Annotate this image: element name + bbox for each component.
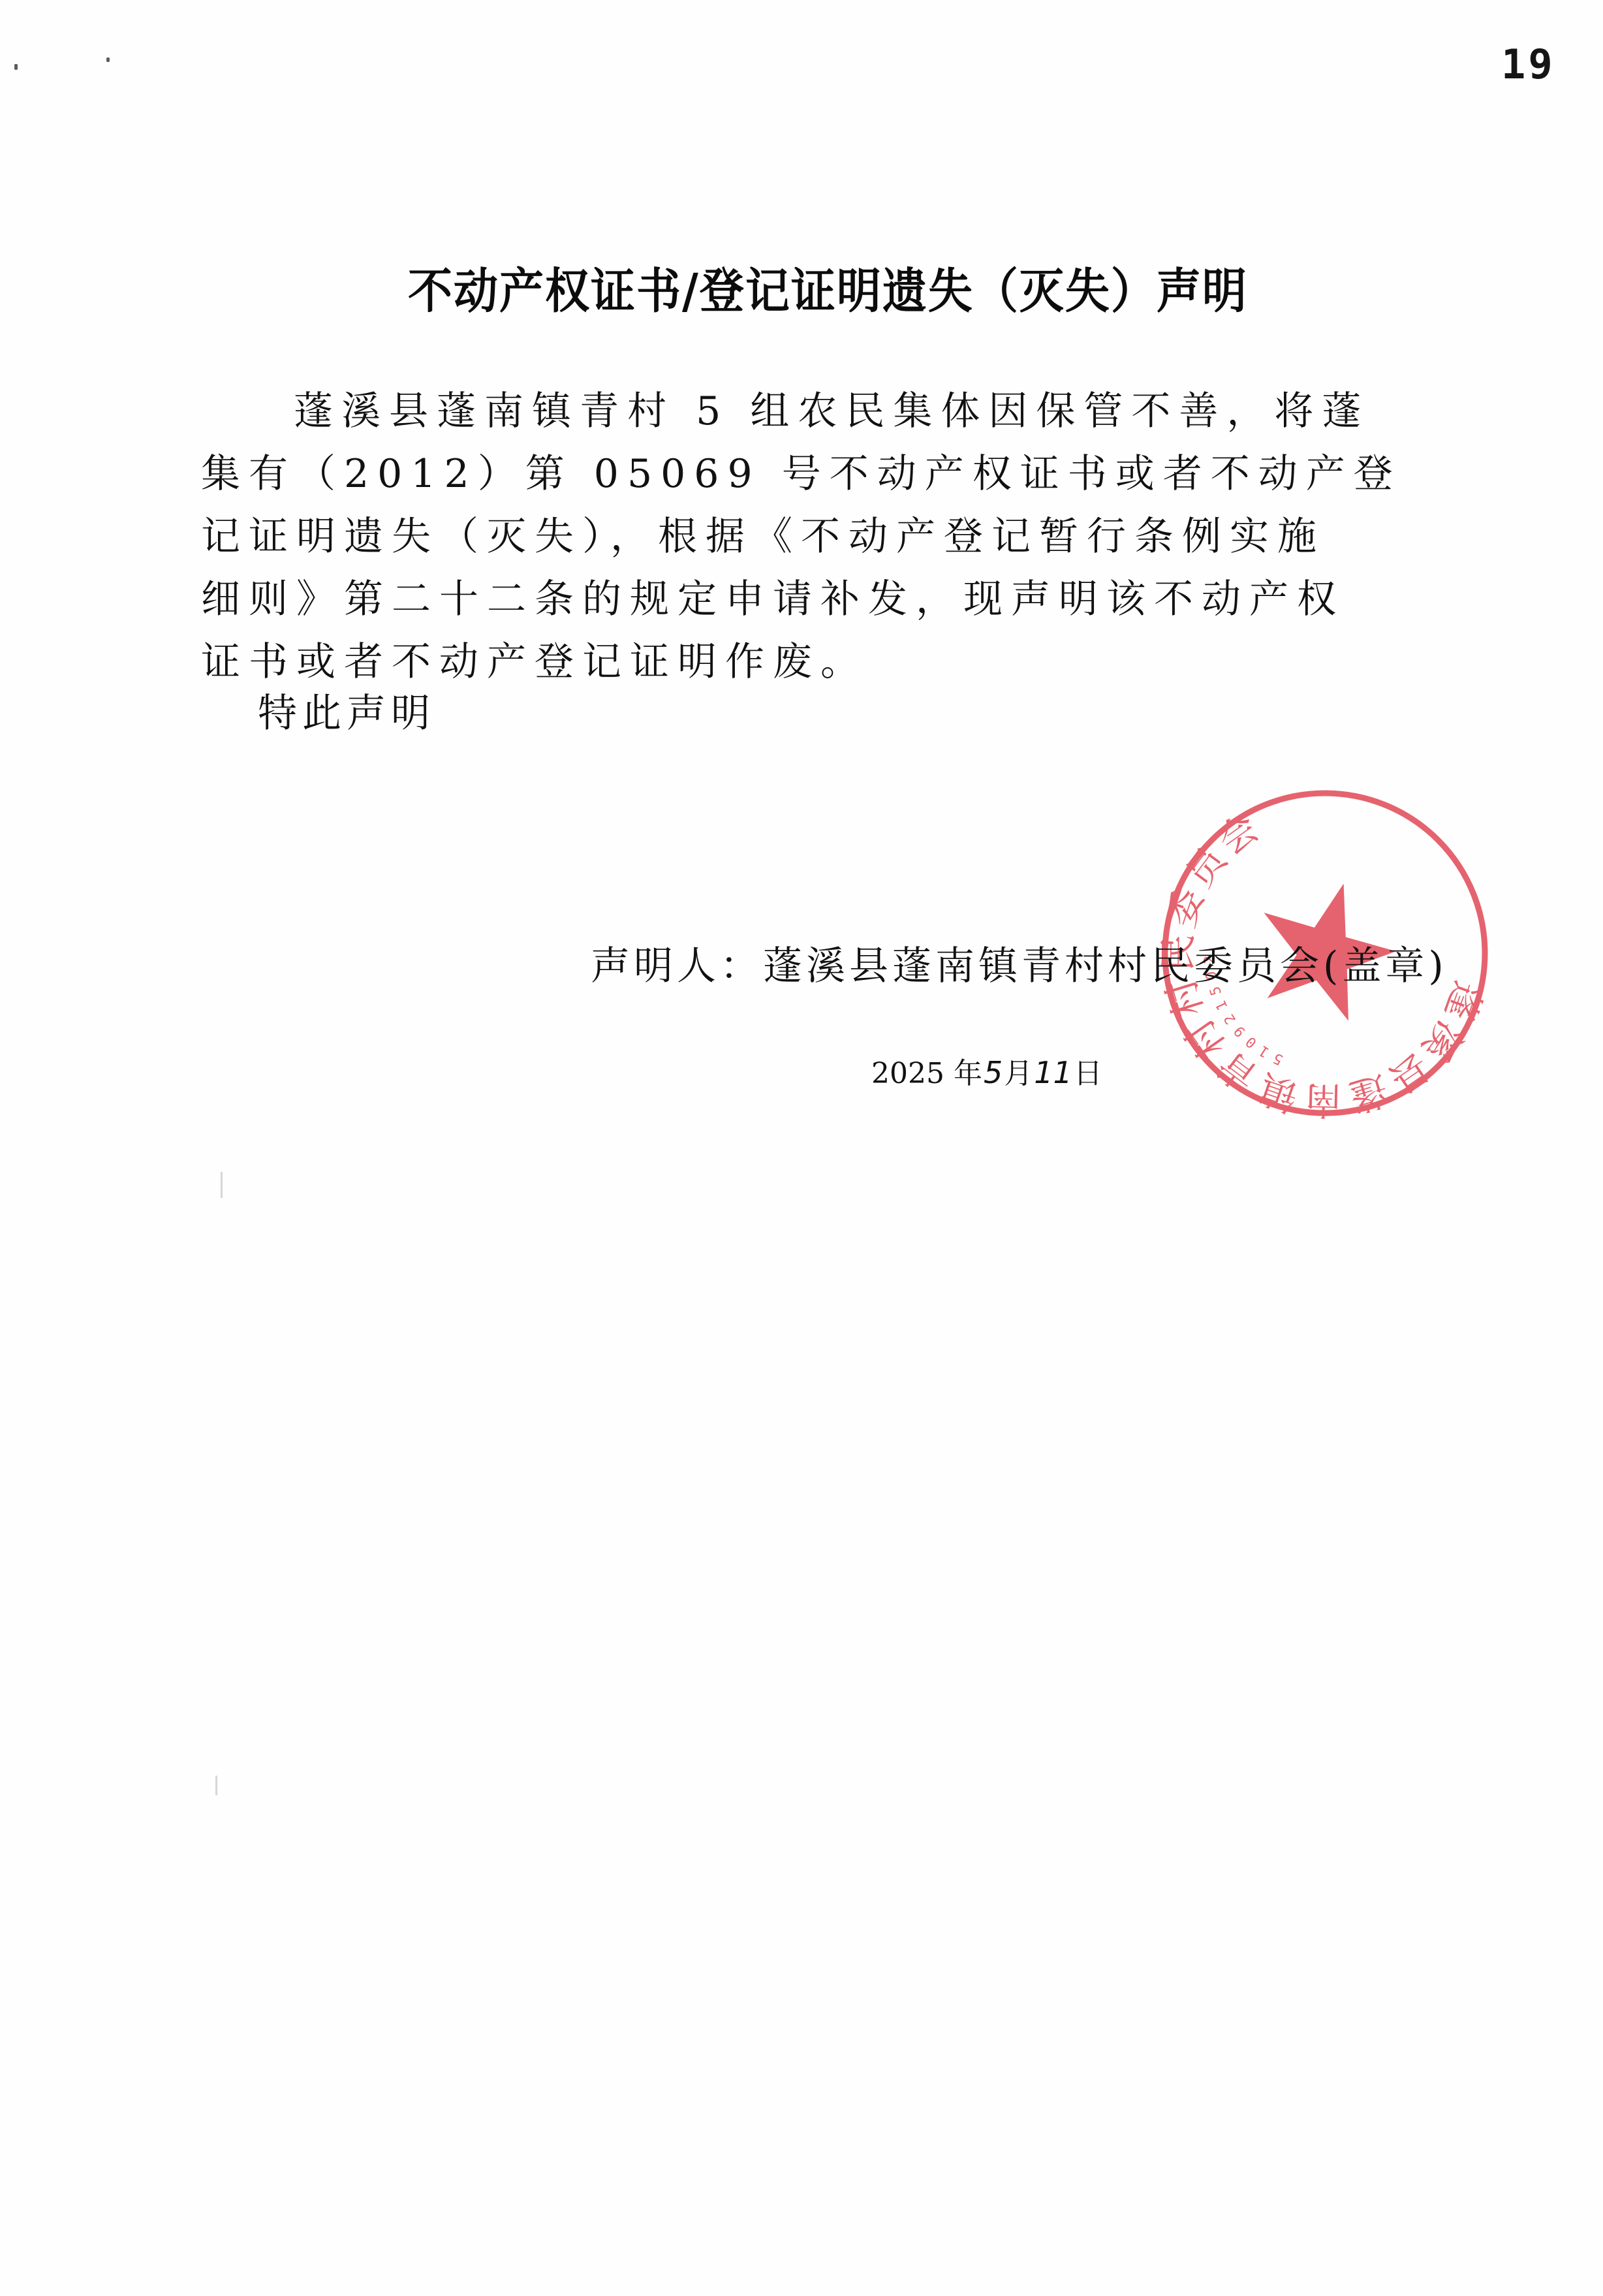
date-year: 2025 — [871, 1057, 944, 1090]
body-line: 蓬溪县蓬南镇青村 5 组农民集体因保管不善，将蓬 — [201, 380, 1461, 443]
declarant-label: 声明人： — [591, 943, 763, 989]
statement-date: 2025 年5月11日 — [871, 1050, 1102, 1092]
body-line: 细则》第二十二条的规定申请补发，现声明该不动产权 — [201, 568, 1461, 631]
body-line: 记证明遗失（灭失），根据《不动产登记暂行条例实施 — [201, 505, 1461, 568]
document-page: 19 不动产权证书/登记证明遗失（灭失）声明 蓬溪县蓬南镇青村 5 组农民集体因… — [0, 0, 1603, 2296]
date-year-unit: 年 — [944, 1057, 982, 1090]
date-month-handwritten: 5 — [982, 1055, 1004, 1090]
closing-phrase: 特此声明 — [258, 682, 435, 738]
date-day-handwritten: 11 — [1033, 1055, 1074, 1090]
scan-mark — [215, 1776, 217, 1795]
seal-note: (盖章) — [1323, 943, 1448, 989]
date-day-unit: 日 — [1074, 1057, 1102, 1090]
scan-speck — [14, 64, 18, 70]
document-title: 不动产权证书/登记证明遗失（灭失）声明 — [408, 253, 1322, 322]
body-line: 集有（2012）第 05069 号不动产权证书或者不动产登 — [201, 443, 1461, 505]
declarant-name: 蓬溪县蓬南镇青村村民委员会 — [763, 943, 1323, 989]
page-number: 19 — [1501, 40, 1555, 88]
scan-speck — [106, 57, 110, 62]
declarant-signature-line: 声明人：蓬溪县蓬南镇青村村民委员会(盖章) — [591, 935, 1448, 991]
scan-mark — [221, 1172, 223, 1198]
statement-body: 蓬溪县蓬南镇青村 5 组农民集体因保管不善，将蓬 集有（2012）第 05069… — [201, 380, 1461, 693]
date-month-unit: 月 — [1004, 1057, 1033, 1090]
